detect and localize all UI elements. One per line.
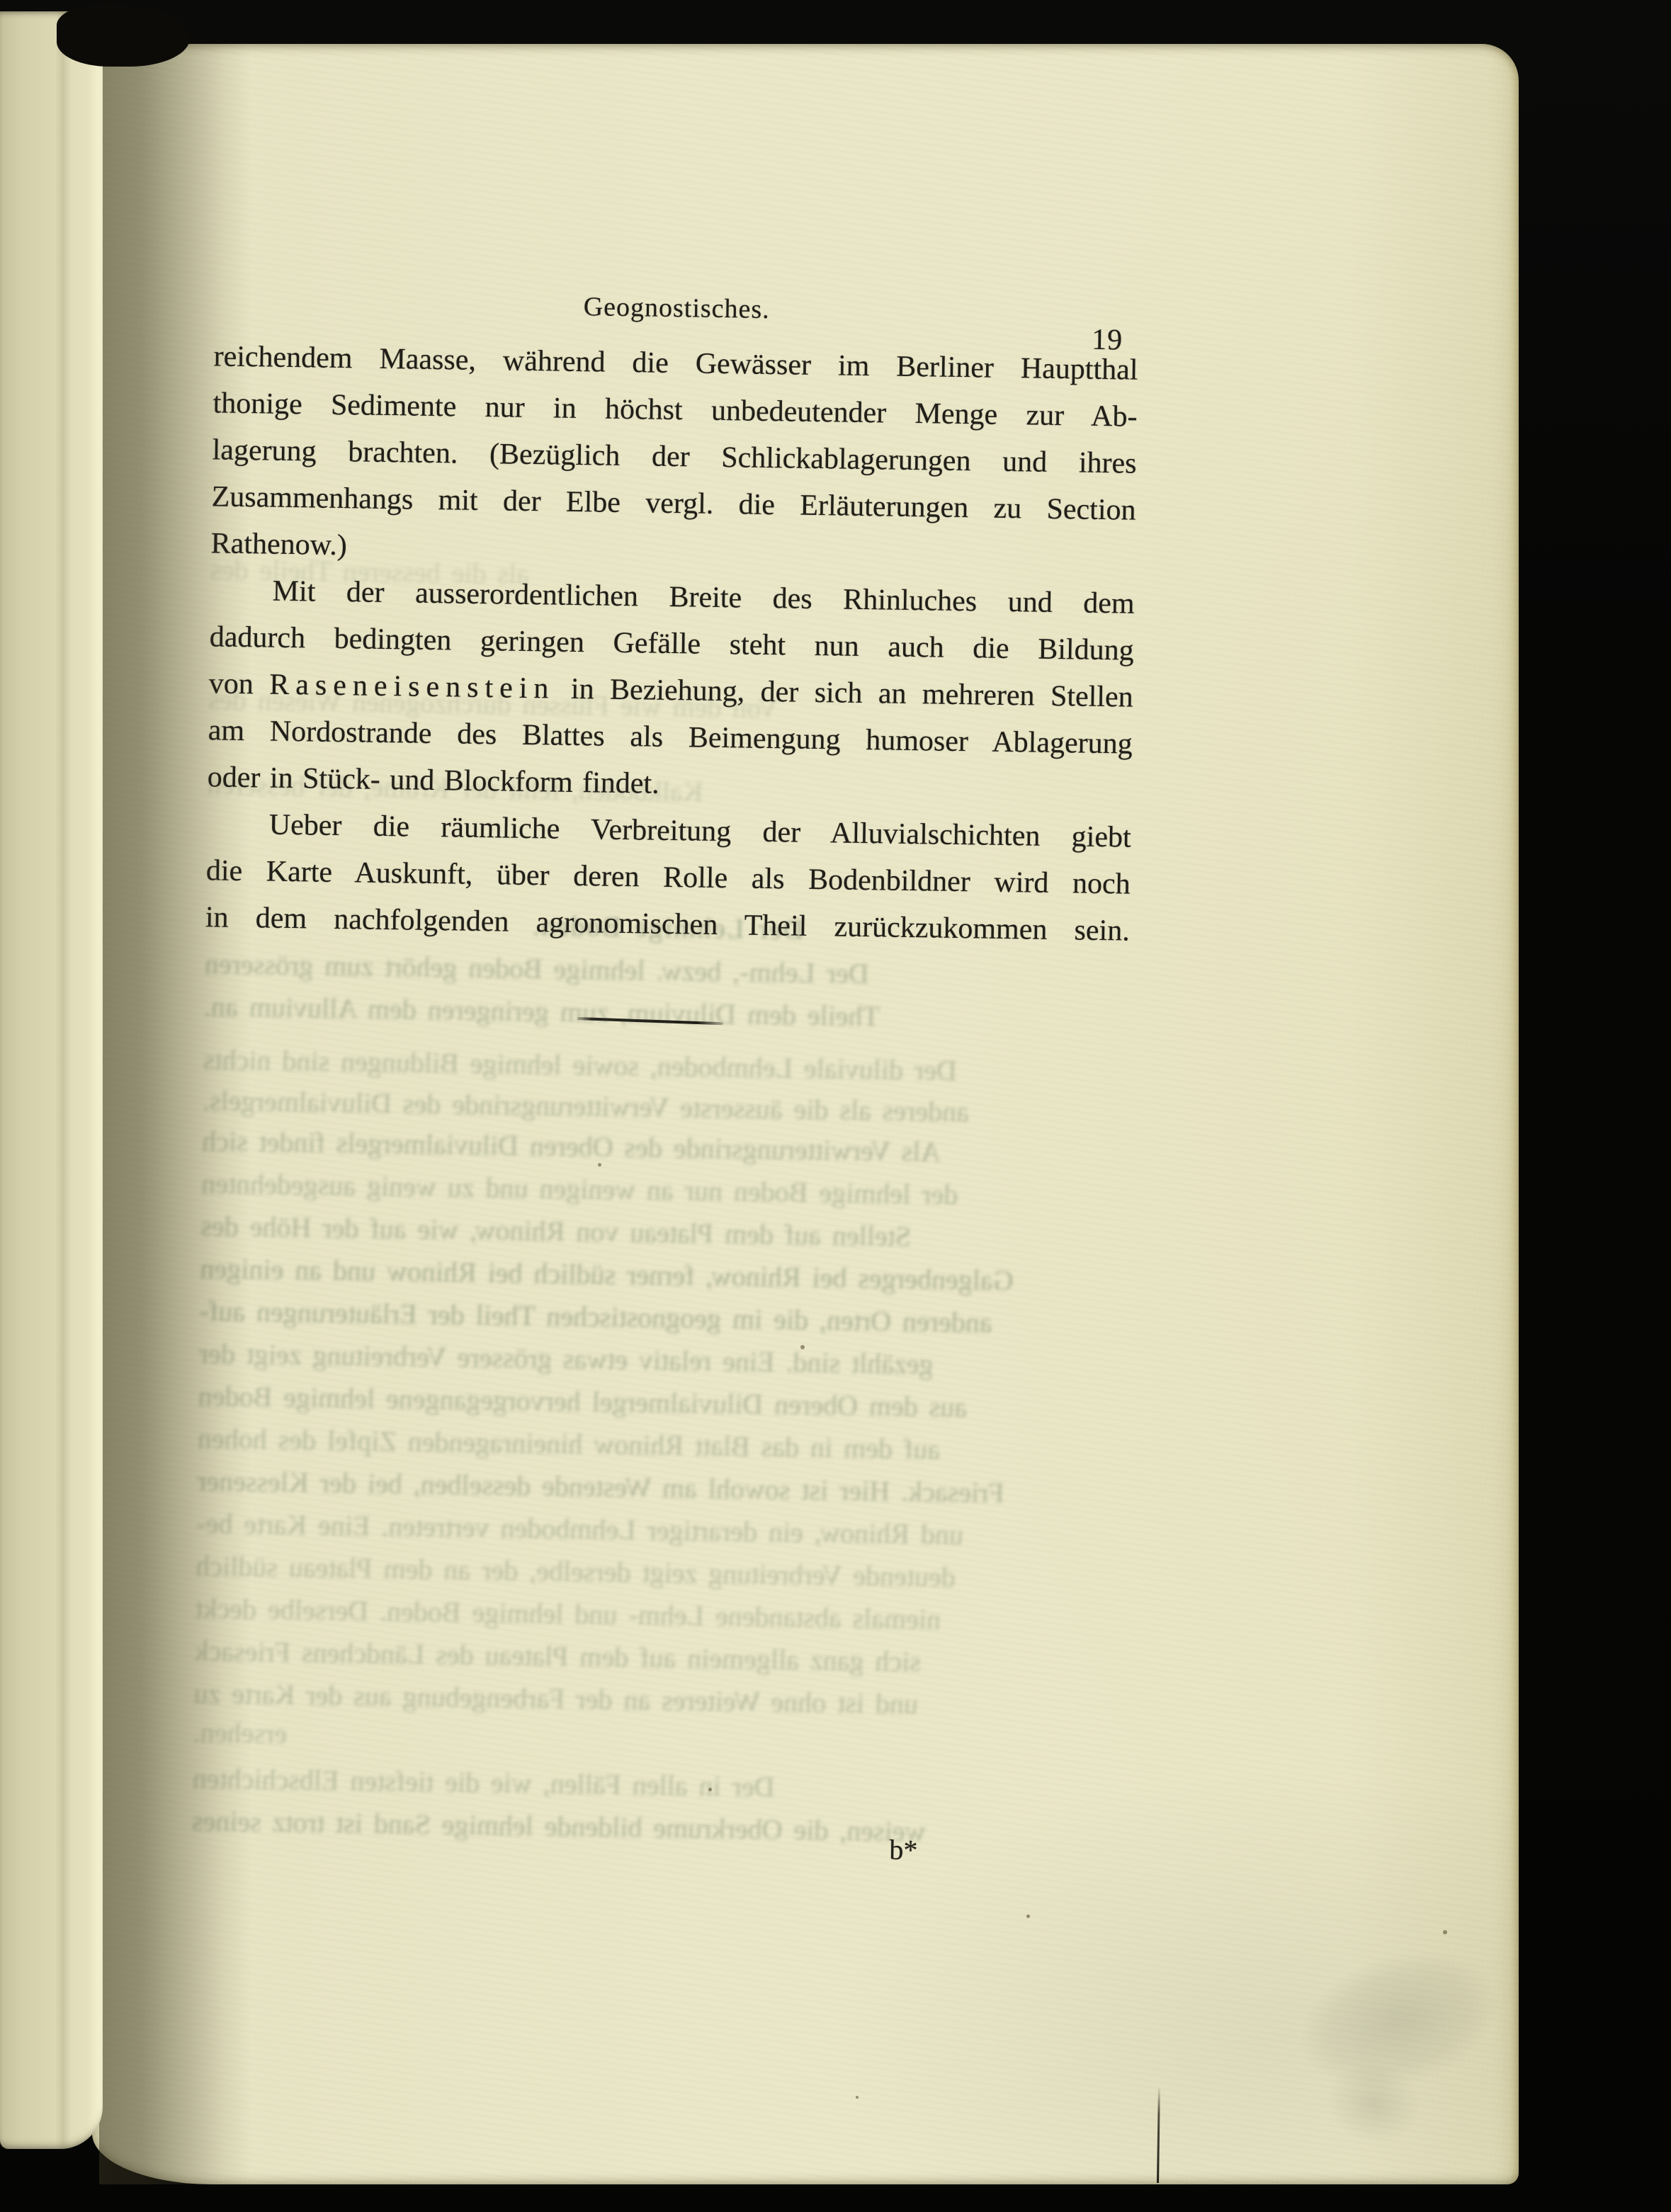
text-segment: Mit der ausserordentlichen Breite des Rh…: [272, 575, 1135, 620]
text-segment: Rathenow.): [210, 527, 347, 562]
text-segment: in Beziehung, der sich an mehreren Stell…: [555, 673, 1133, 714]
page-content: als die besseren Theile desVon dem wie F…: [188, 0, 1144, 2138]
previous-page-edge: [0, 11, 103, 2149]
dust-speck: [856, 2096, 859, 2099]
body-text: reichendem Maasse, während die Gewässer …: [205, 333, 1138, 954]
dust-speck: [800, 1345, 805, 1349]
signature-mark: b*: [889, 1833, 918, 1867]
dust-speck: [1026, 1915, 1030, 1918]
paragraph: reichendem Maasse, während die Gewässer …: [210, 333, 1138, 580]
text-segment: Zusammenhangs mit der Elbe vergl. die Er…: [211, 480, 1136, 526]
text-segment: die Karte Auskunft, über deren Rolle als…: [206, 854, 1131, 900]
dust-speck: [598, 1163, 601, 1167]
scanned-book-page: als die besseren Theile desVon dem wie F…: [0, 0, 1671, 2212]
text-segment: oder in Stück- und Blockform findet.: [208, 761, 660, 800]
text-segment: am Nordostrande des Blattes als Beimengu…: [208, 714, 1133, 760]
paragraph: Mit der ausserordentlichen Breite des Rh…: [207, 567, 1135, 814]
text-segment: Ueber die räumliche Verbreitung der Allu…: [269, 809, 1132, 854]
paragraph: Ueber die räumliche Verbreitung der Allu…: [205, 800, 1131, 954]
text-segment: reichendem Maasse, während die Gewässer …: [213, 340, 1138, 386]
dust-speck: [708, 1788, 712, 1791]
text-segment: thonige Sedimente nur in höchst unbedeut…: [213, 387, 1138, 433]
text-segment: in dem nachfolgenden agronomischen Theil…: [205, 901, 1131, 947]
text-segment: von: [208, 667, 269, 701]
dust-speck: [1443, 1930, 1447, 1934]
letterspaced-term: Raseneisenstein: [269, 669, 555, 705]
binding-clip: [57, 4, 190, 67]
text-segment: lagerung brachten. (Bezüglich der Schlic…: [212, 433, 1137, 480]
text-segment: dadurch bedingten geringen Gefälle steht…: [209, 620, 1134, 667]
